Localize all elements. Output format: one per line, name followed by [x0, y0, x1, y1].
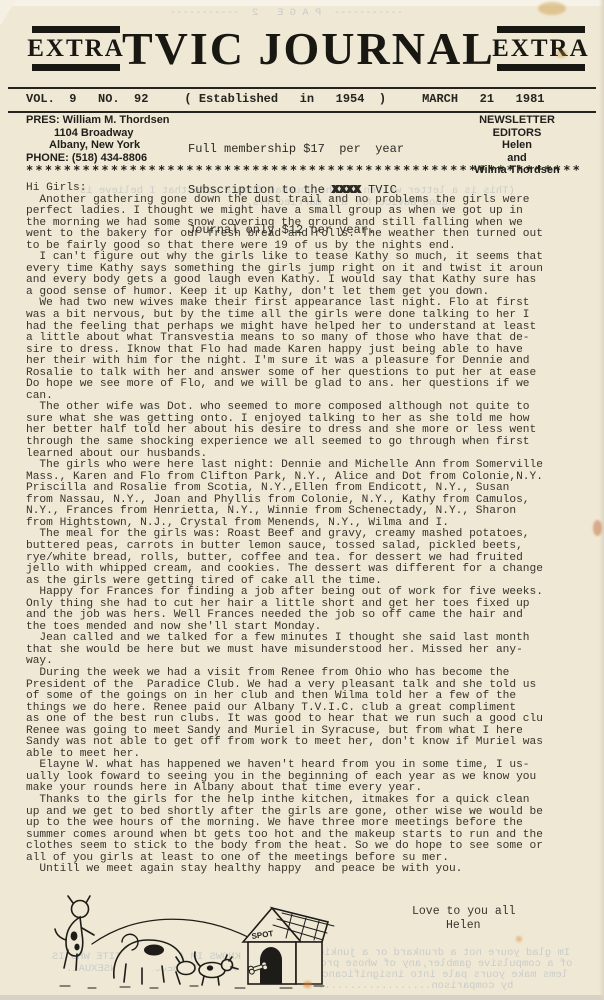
banner-bar-bottom	[32, 64, 120, 71]
letter-line: During the week we had a visit from Rene…	[26, 668, 586, 680]
letter-line: of some of the goings on in her club and…	[26, 691, 586, 703]
extra-banner-right: EXTRA	[495, 26, 587, 71]
signature-block: Love to you all Helen	[412, 905, 516, 933]
membership-price-line: Full membership $17 per year	[188, 143, 404, 157]
letter-line: Happy for Frances for finding a job afte…	[26, 587, 586, 599]
masthead: EXTRA TVIC JOURNAL EXTRA	[30, 22, 574, 75]
horizontal-rule	[8, 87, 596, 89]
president-contact-block: PRES: William M. Thordsen 1104 Broadway …	[26, 114, 170, 164]
letter-line: a little about what Transvestia means to…	[26, 333, 586, 345]
letter-line: Hi Girls:	[26, 183, 586, 195]
letter-line: The girls who were here last night: Denn…	[26, 460, 586, 472]
issue-line: VOL. 9 NO. 92 ( Established in 1954 ) MA…	[26, 91, 544, 107]
extra-banner-left: EXTRA	[30, 26, 122, 71]
asterisk-divider: ****************************************…	[26, 163, 580, 177]
horizontal-rule	[8, 111, 596, 113]
letter-line: perfect ladies. I thought we might have …	[26, 206, 586, 218]
editor-name: Helen	[456, 139, 578, 152]
letter-line: as one of the best run clubs. It was goo…	[26, 714, 586, 726]
journal-title: TVIC JOURNAL	[122, 22, 495, 75]
letter-line: Do hope we see more of Flo, and we will …	[26, 379, 586, 391]
paper-corner-fold	[0, 0, 16, 26]
newsletter-page: ----------- P A G E 2 -----------(This i…	[0, 0, 604, 1000]
scan-bottom-edge	[0, 995, 604, 1000]
letter-line: went to the bakery for our fresh bread a…	[26, 229, 586, 241]
letter-line: was a bit nervous, but by the time all t…	[26, 310, 586, 322]
letter-line: up to the wee hours of the morning. We h…	[26, 818, 586, 830]
banner-bar-top	[497, 26, 585, 33]
president-city: Albany, New York	[26, 139, 170, 152]
newsletter-content: EXTRA TVIC JOURNAL EXTRA VOL. 9 NO. 92 (…	[0, 0, 604, 1000]
scan-right-edge	[599, 0, 604, 1000]
closing-line: Love to you all	[412, 905, 516, 919]
letter-line: through the same shocking experience we …	[26, 437, 586, 449]
extra-label-left: EXTRA	[27, 33, 125, 64]
letter-line: Untill we meet again stay healthy happy …	[26, 864, 586, 876]
letter-line: clothes seem to stick to the body from t…	[26, 841, 586, 853]
scan-top-edge	[0, 0, 604, 6]
banner-bar-bottom	[497, 64, 585, 71]
signature-name: Helen	[412, 919, 516, 933]
extra-label-right: EXTRA	[492, 33, 590, 64]
cartoon-dogs-illustration: SPOT	[30, 884, 340, 998]
banner-bar-top	[32, 26, 120, 33]
letter-line: that she would be here but we must have …	[26, 645, 586, 657]
letter-body: Hi Girls: Another gathering gone down th…	[26, 183, 586, 876]
president-street: 1104 Broadway	[26, 127, 170, 140]
letter-line: buttered peas, carrots in butter lemon s…	[26, 541, 586, 553]
editors-heading: NEWSLETTER EDITORS	[456, 114, 578, 139]
letter-line: Thanks to the girls for the help inthe k…	[26, 795, 586, 807]
letter-line: jello with whipped cream, and cookies. T…	[26, 564, 586, 576]
president-name: PRES: William M. Thordsen	[26, 114, 170, 127]
